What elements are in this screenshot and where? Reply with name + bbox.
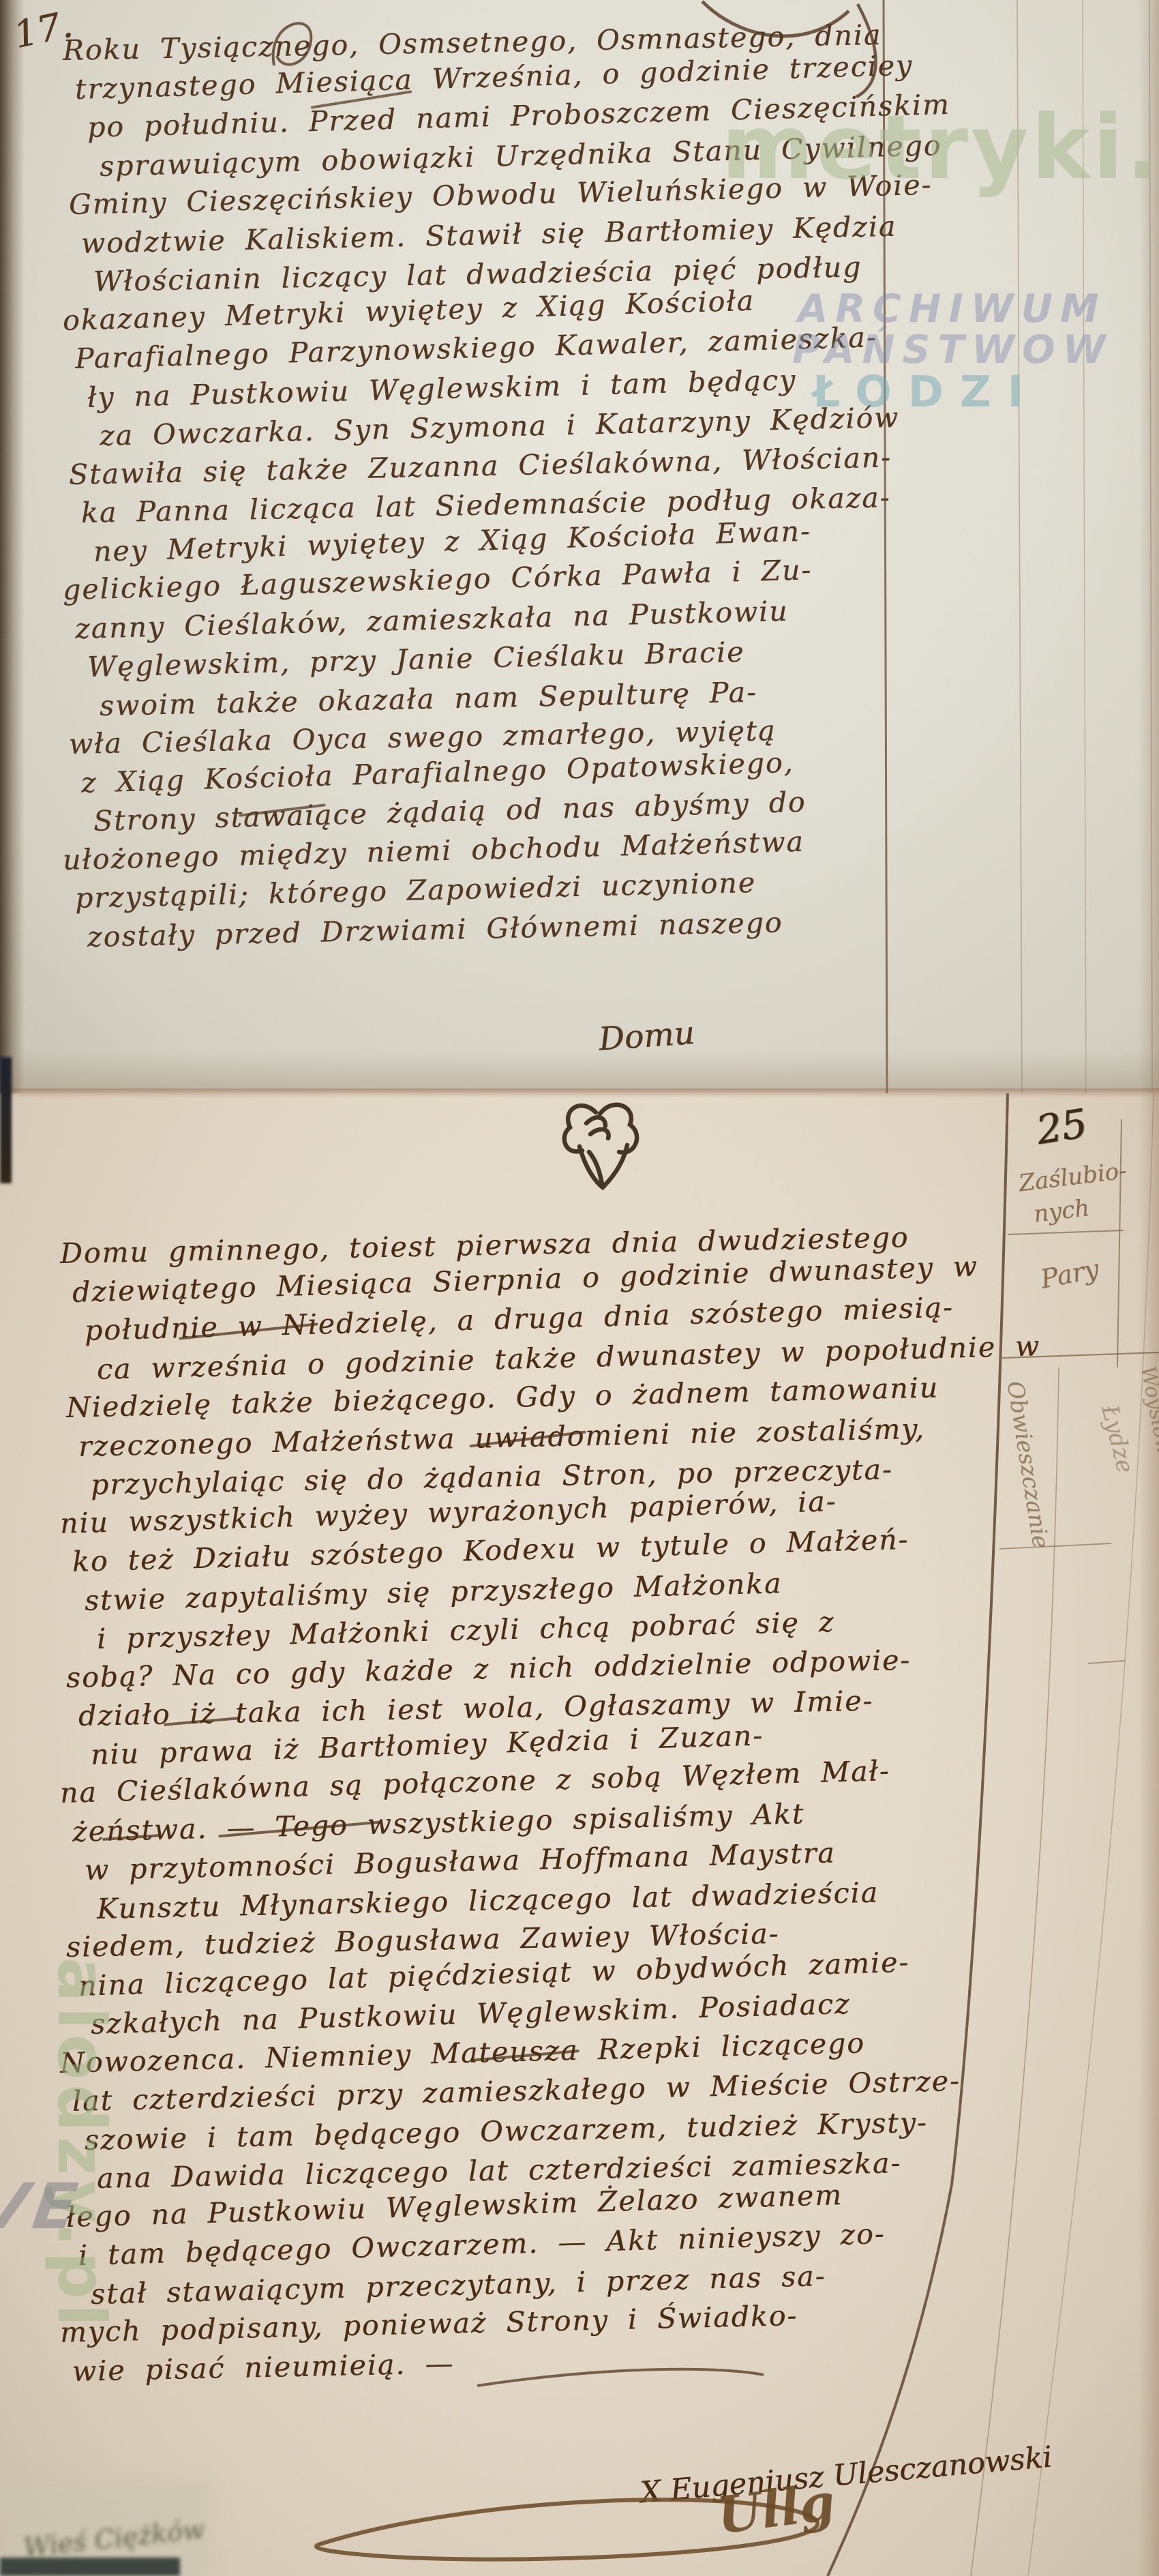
- dark-edge-notch: [0, 1057, 12, 1183]
- page1-text-block: Roku Tysiącznego, Osmsetnego, Osmnastego…: [63, 31, 950, 956]
- dark-blurred-bar: [0, 2558, 180, 2576]
- page1-right-edge-shade: [1139, 0, 1159, 1093]
- photo-splice-seam: [0, 1089, 1159, 1098]
- page-number: 25: [1033, 1100, 1090, 1154]
- page2-right-edge-shade: [1139, 1093, 1159, 2576]
- register-page-1: 17. Roku Tysiącznego, Osmsetnego, Osmnas…: [0, 0, 1159, 1093]
- page2-text-block: Domu gminnego, toiest pierwsza dnia dwud…: [60, 1234, 1041, 2390]
- page1-bottom-shade: [0, 1050, 1159, 1089]
- scanned-register-photo: 17. Roku Tysiącznego, Osmsetnego, Osmnas…: [0, 0, 1159, 2576]
- book-gutter-shadow: [0, 0, 25, 1093]
